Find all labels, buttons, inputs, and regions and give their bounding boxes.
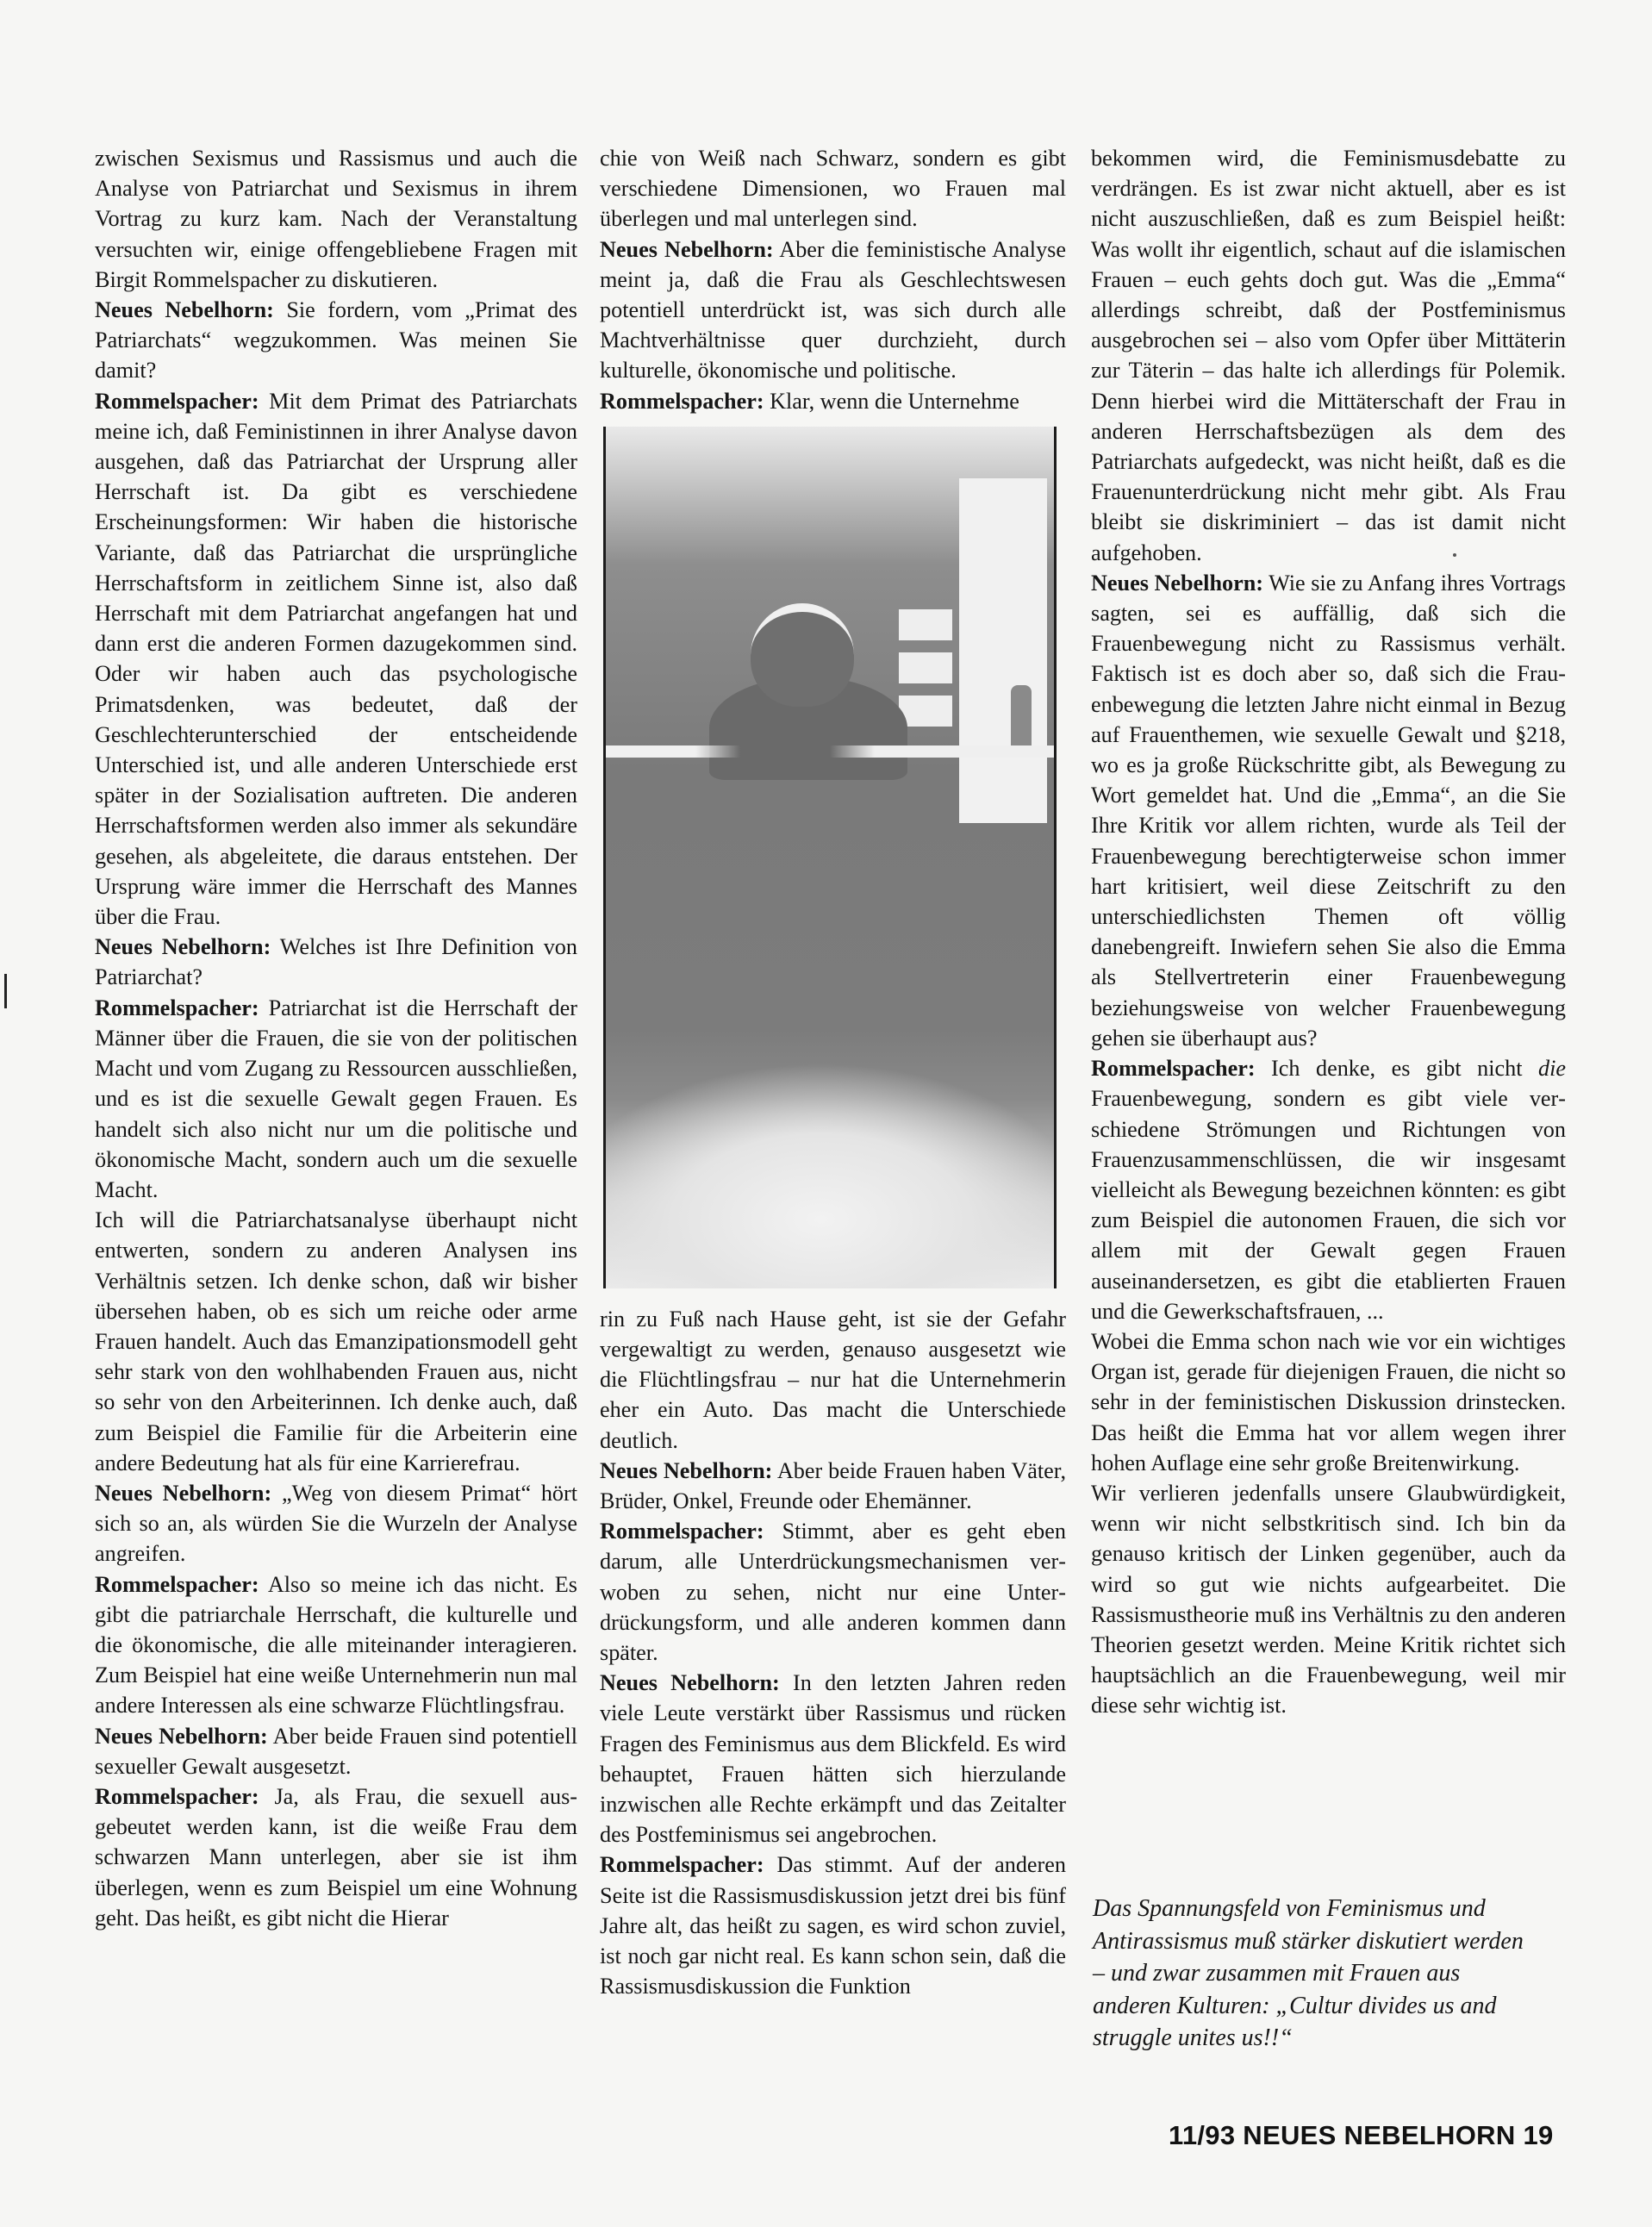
paragraph: Rommelspacher: Klar, wenn die Unternehme…	[600, 386, 1066, 416]
paragraph-text: Patriarchat ist die Herrschaft der Männe…	[95, 995, 577, 1202]
speaker-label: Neues Nebelhorn:	[600, 1458, 772, 1483]
paragraph: bekommen wird, die Feminismusdebatte zu …	[1091, 143, 1566, 568]
paragraph: Neues Nebelhorn: Sie fordern, vom „Prima…	[95, 295, 577, 386]
paragraph: zwischen Sexismus und Rassismus und auch…	[95, 143, 577, 295]
paragraph-text: Wir verlieren jedenfalls unsere Glaubwür…	[1091, 1481, 1566, 1718]
pull-quote: Das Spannungsfeld von Feminismus und Ant…	[1093, 1893, 1541, 2055]
speaker-label: Rommelspacher:	[95, 1784, 259, 1809]
speaker-label: Rommelspacher:	[95, 1572, 259, 1597]
paragraph-text: Frauenbewegung, sondern es gibt viele ve…	[1091, 1086, 1566, 1323]
paragraph: Neues Nebelhorn: Aber beide Frauen haben…	[600, 1456, 1066, 1516]
paragraph: Ich will die Patriarchatsanalyse überhau…	[95, 1205, 577, 1478]
paragraph: Wobei die Emma schon nach wie vor ein wi…	[1091, 1326, 1566, 1478]
paragraph-text: zwischen Sexismus und Rassismus und auch…	[95, 146, 577, 292]
speaker-label: Neues Nebelhorn:	[600, 237, 774, 262]
article-column-left: zwischen Sexismus und Rassismus und auch…	[95, 143, 577, 1933]
speaker-label: Rommelspacher:	[600, 1852, 764, 1877]
paragraph: chie von Weiß nach Schwarz, sondern es g…	[600, 143, 1066, 234]
speaker-label: Neues Nebelhorn:	[95, 297, 274, 322]
speaker-label: Neues Nebelhorn:	[95, 1481, 271, 1506]
paragraph-text: In den letzten Jahren reden viele Leute …	[600, 1670, 1066, 1847]
interview-photo	[603, 427, 1057, 1288]
emphasis-text: die	[1538, 1056, 1566, 1081]
photo-bottle	[1011, 685, 1032, 754]
paragraph-text: Wie sie zu Anfang ihres Vortrags sagten,…	[1091, 571, 1566, 1051]
speaker-label: Neues Nebelhorn:	[95, 1724, 268, 1749]
paragraph-text: Ich will die Patriarchatsanalyse überhau…	[95, 1207, 577, 1475]
paragraph: Rommelspacher: Das stimmt. Auf der ander…	[600, 1850, 1066, 2001]
speaker-label: Neues Nebelhorn:	[600, 1670, 780, 1695]
speaker-label: Rommelspacher:	[95, 389, 259, 414]
paragraph-text: rin zu Fuß nach Hause geht, ist sie der …	[600, 1307, 1066, 1453]
article-column-middle: chie von Weiß nach Schwarz, sondern es g…	[600, 143, 1066, 2002]
paragraph: Neues Nebelhorn: In den letzten Jahren r…	[600, 1668, 1066, 1850]
page-footer: 11/93 NEUES NEBELHORN 19	[1169, 2120, 1554, 2151]
paragraph: Rommelspacher: Mit dem Primat des Patria…	[95, 386, 577, 933]
paragraph: Rommelspacher: Ich denke, es gibt nicht …	[1091, 1053, 1566, 1326]
paragraph-text: Mit dem Primat des Patriar­chats meine i…	[95, 389, 577, 929]
paragraph-text: Klar, wenn die Unternehme­	[764, 389, 1019, 414]
photo-window-pane	[899, 609, 952, 640]
paragraph: Neues Nebelhorn: Wie sie zu Anfang ihres…	[1091, 568, 1566, 1053]
photo-table-edge	[606, 745, 1054, 758]
paragraph: Rommelspacher: Stimmt, aber es geht eben…	[600, 1516, 1066, 1668]
paragraph: Wir verlieren jedenfalls unsere Glaubwür…	[1091, 1478, 1566, 1721]
paragraph: Neues Nebelhorn: Welches ist Ihre Defini…	[95, 932, 577, 992]
speaker-label: Neues Nebelhorn:	[95, 934, 271, 959]
speaker-label: Neues Nebelhorn:	[1091, 571, 1263, 596]
article-column-right: bekommen wird, die Feminismusdebatte zu …	[1091, 143, 1566, 1721]
speaker-label: Rommelspacher:	[600, 389, 764, 414]
photo-doorway	[959, 478, 1047, 823]
paragraph: Neues Nebelhorn: „Weg von diesem Primat“…	[95, 1478, 577, 1569]
speaker-label: Rommelspacher:	[600, 1519, 764, 1544]
paragraph: Rommelspacher: Patriarchat ist die Herrs…	[95, 993, 577, 1205]
paragraph: Neues Nebelhorn: Aber die feministische …	[600, 234, 1066, 386]
paragraph-text: Ich denke, es gibt nicht	[1256, 1056, 1538, 1081]
speaker-label: Rommelspacher:	[1091, 1056, 1256, 1081]
paragraph: Neues Nebelhorn: Aber beide Frauen sind …	[95, 1721, 577, 1781]
paragraph: Rommelspacher: Also so meine ich das nic…	[95, 1569, 577, 1721]
paragraph: rin zu Fuß nach Hause geht, ist sie der …	[600, 1304, 1066, 1456]
margin-mark	[4, 974, 7, 1008]
magazine-page: zwischen Sexismus und Rassismus und auch…	[0, 0, 1652, 2227]
paragraph-text: Wobei die Emma schon nach wie vor ein wi…	[1091, 1329, 1566, 1475]
photo-person-head	[751, 603, 854, 707]
photo-window-pane	[899, 652, 952, 683]
paragraph: Rommelspacher: Ja, als Frau, die sexuell…	[95, 1781, 577, 1933]
speaker-label: Rommelspacher:	[95, 995, 259, 1020]
paragraph-text: bekommen wird, die Feminismusdebatte zu …	[1091, 146, 1566, 565]
paragraph-text: chie von Weiß nach Schwarz, sondern es g…	[600, 146, 1066, 231]
